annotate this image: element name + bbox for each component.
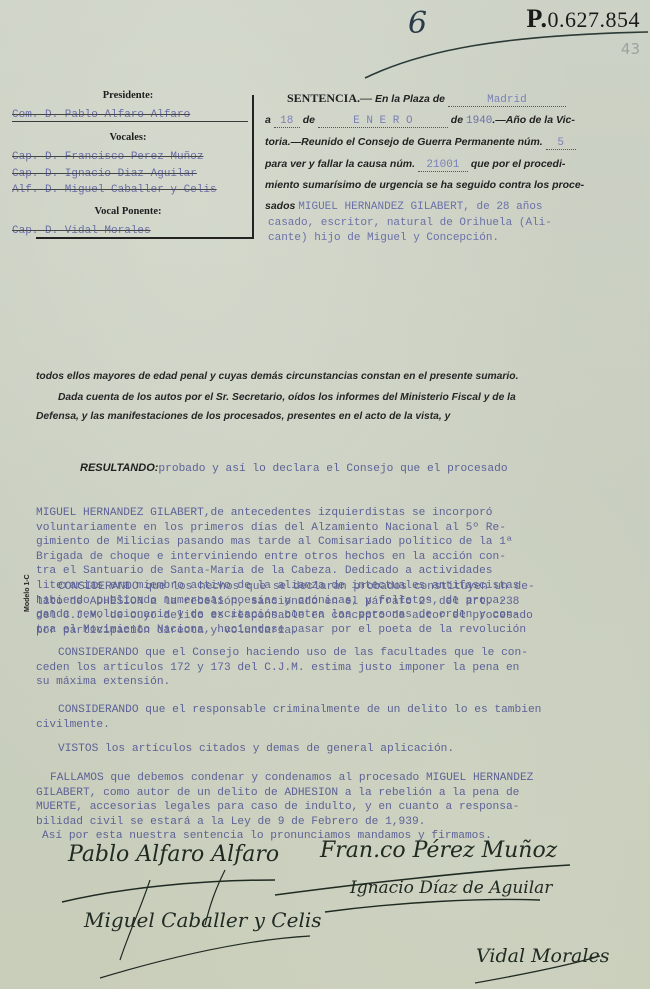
fallamos-line: FALLAMOS que debemos condenar y condenam… bbox=[36, 771, 646, 786]
signature-president: Pablo Alfaro Alfaro bbox=[68, 842, 279, 867]
sentencia-document: P.0.627.854 6 43 Presidente: Com. D. Pab… bbox=[0, 0, 650, 989]
sentencia-line-3: toria.—Reunido el Consejo de Guerra Perm… bbox=[265, 132, 650, 153]
president-label: Presidente: bbox=[0, 90, 256, 101]
resultando-line: tra el Santuario de Santa-María de la Ca… bbox=[36, 564, 646, 579]
sentencia-line-1: SENTENCIA.— En la Plaza de Madrid bbox=[265, 88, 650, 110]
sentencia-line-4: para ver y fallar la causa núm. 21001 qu… bbox=[265, 154, 650, 175]
registry-number: 0.627.854 bbox=[548, 7, 641, 32]
considerando-line: CONSIDERANDO que el responsable criminal… bbox=[36, 703, 646, 718]
vistos-text: VISTOS los artículos citados y demas de … bbox=[36, 742, 646, 757]
president-rule bbox=[12, 121, 248, 122]
fallamos-line: MUERTE, accesorias legales para caso de … bbox=[36, 800, 646, 815]
ponente-label: Vocal Ponente: bbox=[0, 206, 256, 217]
considerando-line: ceden los artículos 172 y 173 del C.J.M.… bbox=[36, 661, 646, 676]
mayores-paragraph: todos ellos mayores de edad penal y cuya… bbox=[36, 371, 518, 382]
dada-cuenta-line-1: Dada cuenta de los autos por el Sr. Secr… bbox=[58, 392, 516, 403]
sentencia-line-2: a 18 de E N E R O de 1940.—Año de la Vic… bbox=[265, 110, 650, 132]
signature-vocal-1: Fran.co Pérez Muñoz bbox=[320, 838, 557, 863]
vocales-label: Vocales: bbox=[0, 132, 256, 143]
registry-prefix: P. bbox=[527, 4, 548, 33]
accused-line-1: MIGUEL HERNANDEZ GILABERT, de 28 años bbox=[298, 201, 542, 213]
resultando-line: voluntariamente en los primeros días del… bbox=[36, 521, 646, 536]
accused-details: casado, escritor, natural de Orihuela (A… bbox=[268, 216, 648, 246]
resultando-line-0: probado y así lo declara el Consejo que … bbox=[158, 463, 507, 475]
sentencia-line-6: sados MIGUEL HERNANDEZ GILABERT, de 28 a… bbox=[265, 196, 650, 218]
council-number-field: 5 bbox=[546, 137, 576, 150]
pen-stroke bbox=[363, 30, 650, 80]
dada-cuenta-line-2: Defensa, y las manifestaciones de los pr… bbox=[36, 411, 450, 422]
case-number-field: 21001 bbox=[418, 159, 468, 172]
day-field: 18 bbox=[274, 115, 300, 128]
tribunal-border-right bbox=[252, 95, 254, 238]
considerando-1: CONSIDERANDO que los hechos que se decla… bbox=[36, 580, 646, 638]
year-suffix: .—Año de la Vic- bbox=[492, 114, 574, 126]
month-prefix: de bbox=[303, 114, 315, 126]
case-prefix: para ver y fallar la causa núm. bbox=[265, 158, 415, 170]
signature-vocal-2: Ignacio Díaz de Aguilar bbox=[350, 878, 552, 898]
considerando-line: su máxima extensión. bbox=[36, 675, 646, 690]
year-prefix: de bbox=[451, 114, 463, 126]
considerando-3: CONSIDERANDO que el responsable criminal… bbox=[36, 703, 646, 732]
vistos-paragraph: VISTOS los artículos citados y demas de … bbox=[36, 742, 646, 757]
side-model-label: Modelo 1-C bbox=[24, 574, 31, 612]
considerando-line: civilmente. bbox=[36, 718, 646, 733]
accused-line-3: cante) hijo de Miguel y Concepción. bbox=[268, 231, 648, 246]
resultando-line: MIGUEL HERNANDEZ GILABERT,de antecedente… bbox=[36, 506, 646, 521]
ponente-name: Cap. D. Vidal Morales bbox=[12, 225, 151, 237]
sentencia-title: SENTENCIA.— bbox=[287, 91, 372, 105]
considerando-line: CONSIDERANDO que el Consejo haciendo uso… bbox=[36, 646, 646, 661]
tribunal-border-bottom bbox=[36, 237, 254, 239]
vocal-3: Alf. D. Miguel Caballer y Celis bbox=[12, 184, 217, 196]
sentencia-line-5: miento sumarísimo de urgencia se ha segu… bbox=[265, 175, 650, 196]
council-text: toria.—Reunido el Consejo de Guerra Perm… bbox=[265, 136, 543, 148]
considerando-2: CONSIDERANDO que el Consejo haciendo uso… bbox=[36, 646, 646, 690]
procesados-prefix: sados bbox=[265, 200, 295, 212]
resultando-first-line: RESULTANDO:probado y así lo declara el C… bbox=[36, 461, 646, 477]
vocal-1: Cap. D. Francisco Perez Muñoz bbox=[12, 151, 203, 163]
month-field: E N E R O bbox=[318, 115, 448, 128]
signature-ponente: Vidal Morales bbox=[476, 945, 609, 967]
accused-line-2: casado, escritor, natural de Orihuela (A… bbox=[268, 216, 648, 231]
place-field: Madrid bbox=[448, 94, 566, 107]
sentencia-header: SENTENCIA.— En la Plaza de Madrid a 18 d… bbox=[265, 88, 650, 218]
vocal-2: Cap. D. Ignacio Diaz Aguilar bbox=[12, 168, 197, 180]
fallamos-line: GILABERT, como autor de un delito de ADH… bbox=[36, 786, 646, 801]
signature-vocal-3: Miguel Caballer y Celis bbox=[84, 908, 322, 932]
resultando-keyword: RESULTANDO: bbox=[80, 462, 158, 474]
resultando-line: Brigada de choque e interviniendo entre … bbox=[36, 550, 646, 565]
considerando-line: del C.J.M. de cuyo delito es responsable… bbox=[36, 609, 646, 624]
president-name: Com. D. Pablo Alfaro Alfaro bbox=[12, 109, 190, 121]
considerando-line: CONSIDERANDO que los hechos que se decla… bbox=[36, 580, 646, 595]
considerando-line: lito de ADHESION a la rebelión, sanciona… bbox=[36, 595, 646, 610]
fallamos-line: bilidad civil se estará a la Ley de 9 de… bbox=[36, 815, 646, 830]
considerando-line: por participación directa y voluntaria. bbox=[36, 624, 646, 639]
day-prefix: a bbox=[265, 114, 271, 126]
place-prefix: En la Plaza de bbox=[375, 93, 445, 105]
year-field: 1940 bbox=[466, 115, 492, 127]
resultando-line: gimiento de Milicias pasando mas tarde a… bbox=[36, 535, 646, 550]
case-suffix: que por el procedi- bbox=[471, 158, 566, 170]
tribunal-block: Presidente: Com. D. Pablo Alfaro Alfaro … bbox=[0, 88, 256, 240]
